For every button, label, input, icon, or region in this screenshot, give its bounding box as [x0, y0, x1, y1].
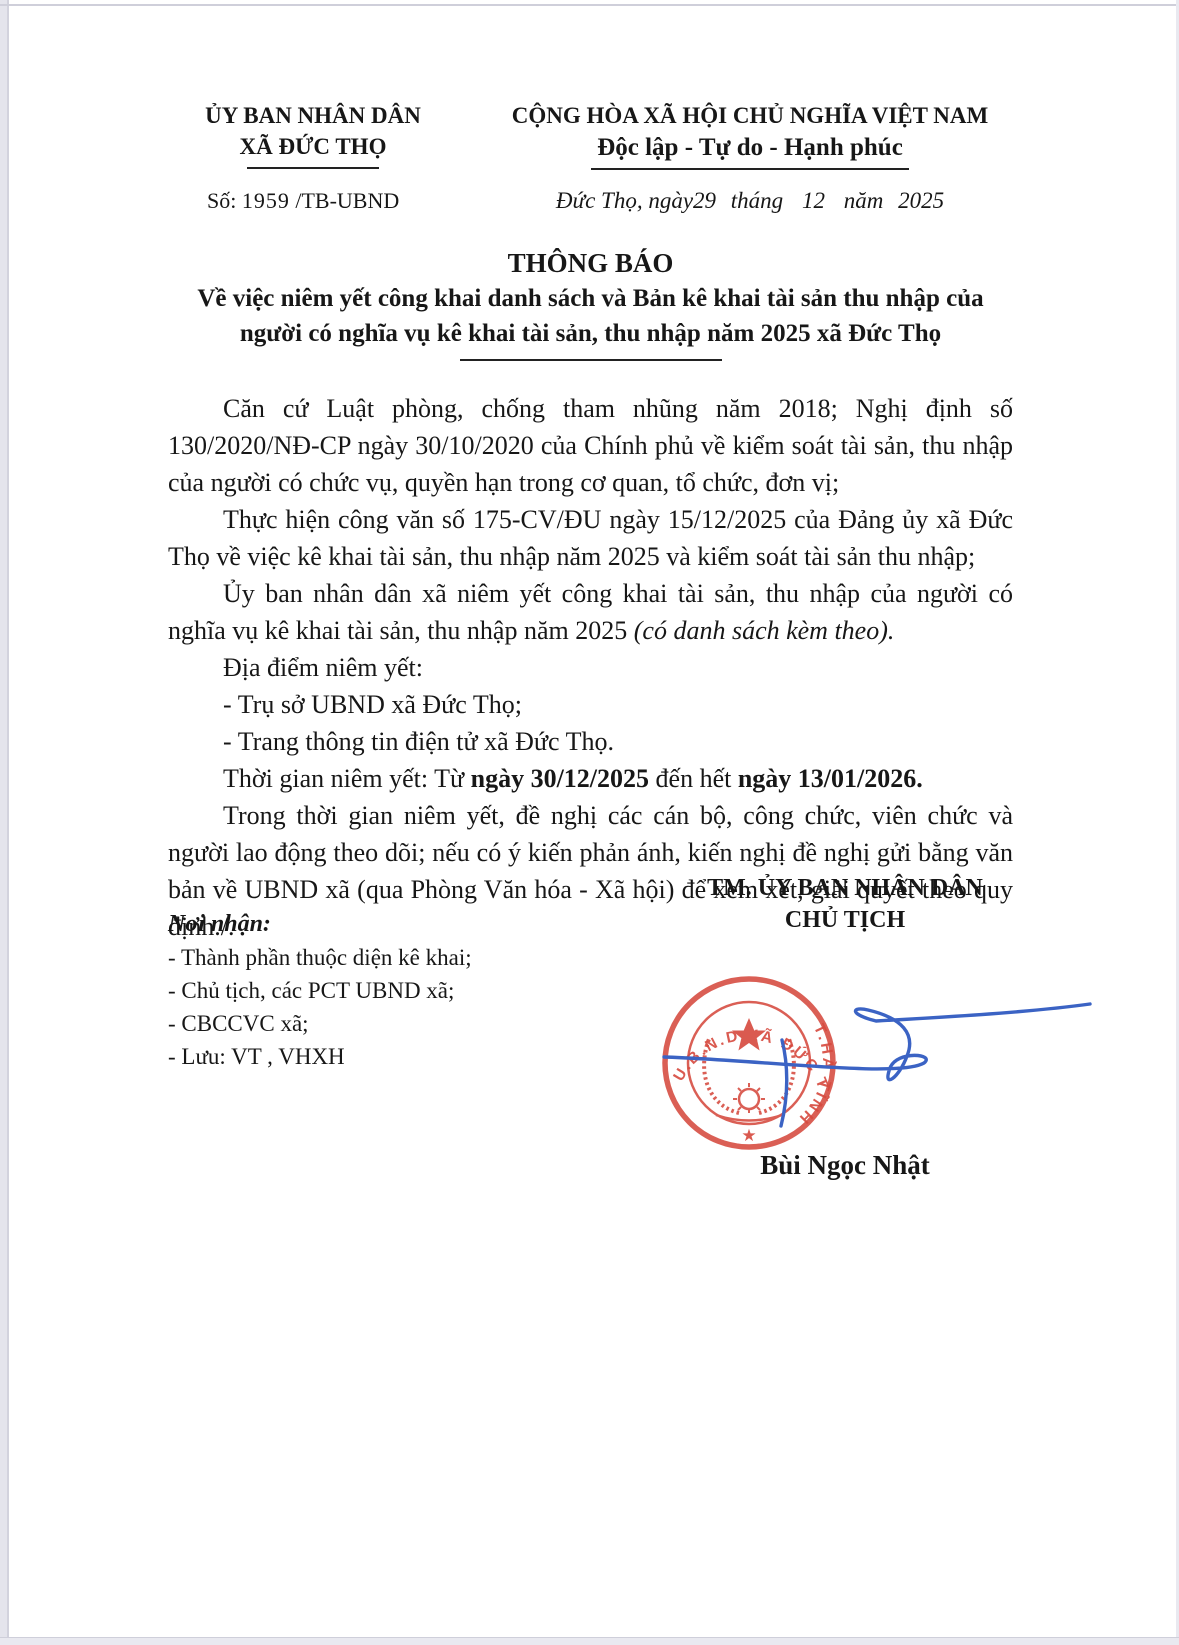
duration-prefix: Thời gian niêm yết: Từ	[223, 764, 471, 793]
paragraph-legal-basis-2: Thực hiện công văn số 175-CV/ĐU ngày 15/…	[168, 501, 1013, 575]
document-title-block: THÔNG BÁO Về việc niêm yết công khai dan…	[168, 246, 1013, 361]
duration-end-date: ngày 13/01/2026.	[738, 764, 923, 793]
recipients-block: Nơi nhận: - Thành phần thuộc diện kê kha…	[168, 908, 598, 1073]
photo-edge-left-line	[7, 0, 9, 1645]
paragraph-location-label: Địa điểm niêm yết:	[168, 649, 1013, 686]
national-header-block: CỘNG HÒA XÃ HỘI CHỦ NGHĨA VIỆT NAM Độc l…	[470, 100, 1030, 170]
date-thang: tháng	[731, 188, 783, 214]
title-underline	[460, 359, 722, 361]
signoff-block: TM. ỦY BAN NHÂN DÂN CHỦ TỊCH	[645, 872, 1045, 936]
paragraph-announcement: Ủy ban nhân dân xã niêm yết công khai tà…	[168, 575, 1013, 649]
document-body: Căn cứ Luật phòng, chống tham nhũng năm …	[168, 390, 1013, 945]
document-number-label: Số:	[207, 188, 236, 213]
issuing-authority-line2: XÃ ĐỨC THỌ	[178, 131, 448, 162]
signer-name: Bùi Ngọc Nhật	[645, 1150, 1045, 1181]
date-place: Đức Thọ, ngày	[556, 188, 693, 214]
signoff-role: CHỦ TỊCH	[645, 904, 1045, 936]
issuing-authority-line1: ỦY BAN NHÂN DÂN	[178, 100, 448, 131]
place-date-line: Đức Thọ, ngày29 tháng 12 năm 2025	[470, 188, 1030, 214]
issuing-authority-block: ỦY BAN NHÂN DÂN XÃ ĐỨC THỌ	[178, 100, 448, 169]
date-day: 29	[693, 188, 716, 214]
paragraph-location-item-1: - Trụ sở UBND xã Đức Thọ;	[168, 686, 1013, 723]
recipient-item: - Chủ tịch, các PCT UBND xã;	[168, 974, 598, 1007]
national-header-underline	[591, 168, 909, 170]
date-month: 12	[802, 188, 825, 214]
photo-edge-bottom	[0, 1637, 1179, 1645]
handwritten-signature	[640, 960, 1110, 1160]
paragraph-duration: Thời gian niêm yết: Từ ngày 30/12/2025 đ…	[168, 760, 1013, 797]
recipient-item: - CBCCVC xã;	[168, 1007, 598, 1040]
date-nam: năm	[844, 188, 884, 214]
paragraph-location-item-2: - Trang thông tin điện tử xã Đức Thọ.	[168, 723, 1013, 760]
recipient-item: - Lưu: VT , VHXH	[168, 1040, 598, 1073]
duration-mid: đến hết	[649, 764, 738, 793]
signoff-onbehalf: TM. ỦY BAN NHÂN DÂN	[645, 872, 1045, 904]
document-number: Số: 1959 /TB-UBND	[207, 188, 399, 214]
document-subtitle-line2: người có nghĩa vụ kê khai tài sản, thu n…	[168, 318, 1013, 350]
duration-start-date: ngày 30/12/2025	[471, 764, 649, 793]
document-number-suffix: /TB-UBND	[295, 188, 399, 213]
national-header-line2: Độc lập - Tự do - Hạnh phúc	[470, 131, 1030, 164]
issuing-authority-underline	[247, 167, 379, 169]
photo-edge-top	[0, 4, 1179, 6]
photo-edge-left	[0, 0, 7, 1645]
document-number-value: 1959	[242, 188, 290, 213]
paragraph-legal-basis-1: Căn cứ Luật phòng, chống tham nhũng năm …	[168, 390, 1013, 501]
document-title: THÔNG BÁO	[168, 246, 1013, 280]
document-page: ỦY BAN NHÂN DÂN XÃ ĐỨC THỌ Số: 1959 /TB-…	[0, 0, 1179, 1645]
recipient-item: - Thành phần thuộc diện kê khai;	[168, 941, 598, 974]
document-subtitle-line1: Về việc niêm yết công khai danh sách và …	[168, 283, 1013, 315]
paragraph-announcement-attachment-note: (có danh sách kèm theo).	[634, 616, 895, 645]
recipients-label: Nơi nhận:	[168, 908, 598, 941]
national-header-line1: CỘNG HÒA XÃ HỘI CHỦ NGHĨA VIỆT NAM	[470, 100, 1030, 131]
date-year: 2025	[898, 188, 944, 214]
